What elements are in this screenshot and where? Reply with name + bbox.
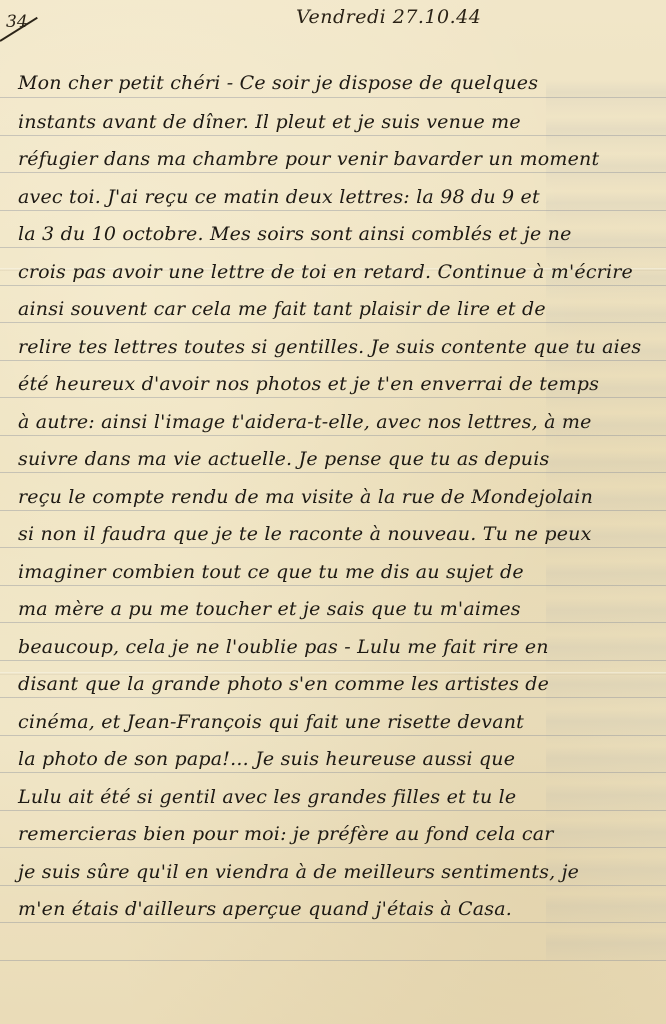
ruled-line <box>0 285 666 286</box>
ruled-line <box>0 585 666 586</box>
letter-line: reçu le compte rendu de ma visite à la r… <box>18 486 658 508</box>
ruled-line <box>0 697 666 698</box>
ruled-line <box>0 210 666 211</box>
letter-line: été heureux d'avoir nos photos et je t'e… <box>18 373 658 395</box>
letter-line: m'en étais d'ailleurs aperçue quand j'ét… <box>18 898 658 920</box>
letter-line: la 3 du 10 octobre. Mes soirs sont ainsi… <box>18 223 658 245</box>
ruled-line <box>0 135 666 136</box>
letter-page: 34 Vendredi 27.10.44 Mon cher petit chér… <box>0 0 666 1024</box>
ruled-line <box>0 622 666 623</box>
letter-line: la photo de son papa!... Je suis heureus… <box>18 748 658 770</box>
ruled-line <box>0 772 666 773</box>
ruled-line <box>0 247 666 248</box>
ruled-line <box>0 435 666 436</box>
ruled-line <box>0 735 666 736</box>
ruled-line <box>0 397 666 398</box>
ruled-line <box>0 97 666 98</box>
letter-line: je suis sûre qu'il en viendra à de meill… <box>18 861 658 883</box>
letter-line: relire tes lettres toutes si gentilles. … <box>18 336 658 358</box>
ruled-line <box>0 960 666 961</box>
letter-line: réfugier dans ma chambre pour venir bava… <box>18 148 658 170</box>
ruled-line <box>0 847 666 848</box>
letter-line: beaucoup, cela je ne l'oublie pas - Lulu… <box>18 636 658 658</box>
ruled-line <box>0 547 666 548</box>
ruled-line <box>0 472 666 473</box>
letter-line: à autre: ainsi l'image t'aidera-t-elle, … <box>18 411 658 433</box>
letter-line: cinéma, et Jean-François qui fait une ri… <box>18 711 658 733</box>
letter-line: si non il faudra que je te le raconte à … <box>18 523 658 545</box>
letter-line: ma mère a pu me toucher et je sais que t… <box>18 598 658 620</box>
letter-date: Vendredi 27.10.44 <box>296 6 481 28</box>
ruled-line <box>0 810 666 811</box>
letter-line: crois pas avoir une lettre de toi en ret… <box>18 261 658 283</box>
letter-line: disant que la grande photo s'en comme le… <box>18 673 658 695</box>
ruled-line <box>0 660 666 661</box>
ruled-line <box>0 360 666 361</box>
letter-line: imaginer combien tout ce que tu me dis a… <box>18 561 658 583</box>
ruled-line <box>0 922 666 923</box>
ruled-line <box>0 885 666 886</box>
ruled-line <box>0 510 666 511</box>
letter-line: remercieras bien pour moi: je préfère au… <box>18 823 658 845</box>
letter-line: instants avant de dîner. Il pleut et je … <box>18 111 658 133</box>
letter-line: Lulu ait été si gentil avec les grandes … <box>18 786 658 808</box>
ruled-line <box>0 322 666 323</box>
letter-line: Mon cher petit chéri - Ce soir je dispos… <box>18 72 658 94</box>
letter-line: avec toi. J'ai reçu ce matin deux lettre… <box>18 186 658 208</box>
ruled-line <box>0 172 666 173</box>
letter-line: ainsi souvent car cela me fait tant plai… <box>18 298 658 320</box>
letter-line: suivre dans ma vie actuelle. Je pense qu… <box>18 448 658 470</box>
